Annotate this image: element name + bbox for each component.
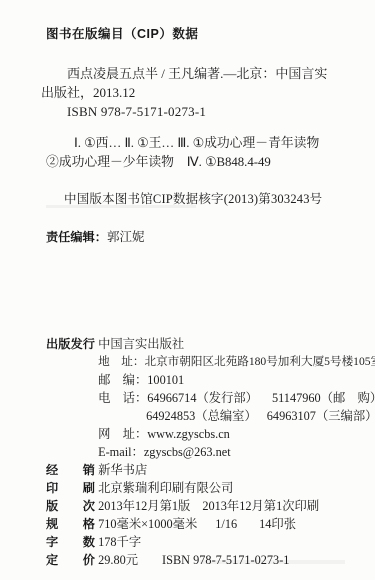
word-count-value: 178千字: [98, 533, 141, 551]
address-value: 北京市朝阳区北苑路180号加利大厦5号楼105室: [144, 355, 375, 368]
phone-value-2: 51147960（邮 购）: [272, 391, 375, 405]
price-isbn: ISBN 978-7-5171-0273-1: [162, 553, 289, 567]
distribution-label: 经销: [46, 461, 95, 479]
classification-line-1: Ⅰ. ①西… Ⅱ. ①王… Ⅲ. ①成功心理－青年读物: [74, 134, 375, 153]
cip-copyright-page: 图书在版编目（CIP）数据 西点凌晨五点半 / 王凡编著.—北京：中国言实 出版…: [0, 0, 375, 580]
publisher-row: 出版发行 中国言实出版社: [0, 335, 375, 353]
cip-entry-line-2: 出版社，2013.12: [41, 83, 375, 102]
cip-data-heading: 图书在版编目（CIP）数据: [46, 24, 375, 42]
distribution-row: 经销 新华书店: [0, 461, 375, 479]
postcode-value: 100101: [147, 373, 184, 387]
printing-value: 北京紫瑞利印刷有限公司: [98, 479, 233, 497]
email-row: E-mail：zgyscbs@263.net: [0, 443, 375, 461]
isbn-line: ISBN 978-7-5171-0273-1: [67, 102, 375, 121]
format-folio: 1/16: [215, 517, 237, 531]
phone2-value-1: 64924853（总编室）: [146, 409, 257, 423]
cip-entry-block: 西点凌晨五点半 / 王凡编著.—北京：中国言实 出版社，2013.12 ISBN…: [0, 64, 375, 121]
editor-name: 郭江妮: [107, 230, 145, 244]
phone2-value-2: 64963107（三编部）: [267, 409, 375, 423]
responsible-editor-line: 责任编辑：郭江妮: [46, 227, 375, 245]
cip-classification-block: Ⅰ. ①西… Ⅱ. ①王… Ⅲ. ①成功心理－青年读物 ②成功心理－少年读物 Ⅳ…: [0, 134, 375, 172]
address-row: 地 址：北京市朝阳区北苑路180号加利大厦5号楼105室: [0, 353, 375, 371]
cip-registry-line: 中国版本图书馆CIP数据核字(2013)第303243号: [64, 189, 375, 207]
price-value: 29.80元: [98, 553, 138, 567]
format-label: 规格: [46, 515, 95, 533]
phone-row-2: 64924853（总编室）64963107（三编部）: [0, 407, 375, 425]
cip-entry-line-1: 西点凌晨五点半 / 王凡编著.—北京：中国言实: [67, 64, 375, 83]
website-label: 网 址：: [98, 427, 147, 441]
postcode-label: 邮 编：: [98, 373, 147, 387]
printing-label: 印刷: [46, 479, 95, 497]
word-count-label: 字数: [46, 533, 95, 551]
colophon-block: 出版发行 中国言实出版社 地 址：北京市朝阳区北苑路180号加利大厦5号楼105…: [0, 335, 375, 569]
classification-line-2: ②成功心理－少年读物 Ⅳ. ①B848.4-49: [46, 153, 375, 172]
email-value: zgyscbs@263.net: [144, 445, 231, 459]
phone-value-1: 64966714（发行部）: [147, 391, 258, 405]
format-row: 规格 710毫米×1000毫米1/1614印张: [0, 515, 375, 533]
price-row: 定价 29.80元ISBN 978-7-5171-0273-1: [0, 551, 375, 569]
edition-value-2: 2013年12月第1次印刷: [202, 499, 319, 513]
edition-value-1: 2013年12月第1版: [98, 499, 190, 513]
edition-label: 版次: [46, 497, 95, 515]
format-sheets: 14印张: [259, 517, 296, 531]
word-count-row: 字数 178千字: [0, 533, 375, 551]
phone-label: 电 话：: [98, 391, 147, 405]
format-size: 710毫米×1000毫米: [98, 517, 197, 531]
address-label: 地 址：: [98, 355, 144, 368]
email-label: E-mail：: [98, 445, 144, 459]
edition-row: 版次 2013年12月第1版2013年12月第1次印刷: [0, 497, 375, 515]
phone-row: 电 话：64966714（发行部）51147960（邮 购）: [0, 389, 375, 407]
publisher-row-label: 出版发行: [46, 335, 95, 353]
price-label: 定价: [46, 551, 95, 569]
website-value: www.zgyscbs.cn: [147, 427, 230, 441]
printing-row: 印刷 北京紫瑞利印刷有限公司: [0, 479, 375, 497]
publisher-name: 中国言实出版社: [98, 335, 184, 353]
distribution-value: 新华书店: [98, 461, 147, 479]
website-row: 网 址：www.zgyscbs.cn: [0, 425, 375, 443]
editor-label: 责任编辑：: [46, 230, 107, 244]
postcode-row: 邮 编：100101: [0, 371, 375, 389]
